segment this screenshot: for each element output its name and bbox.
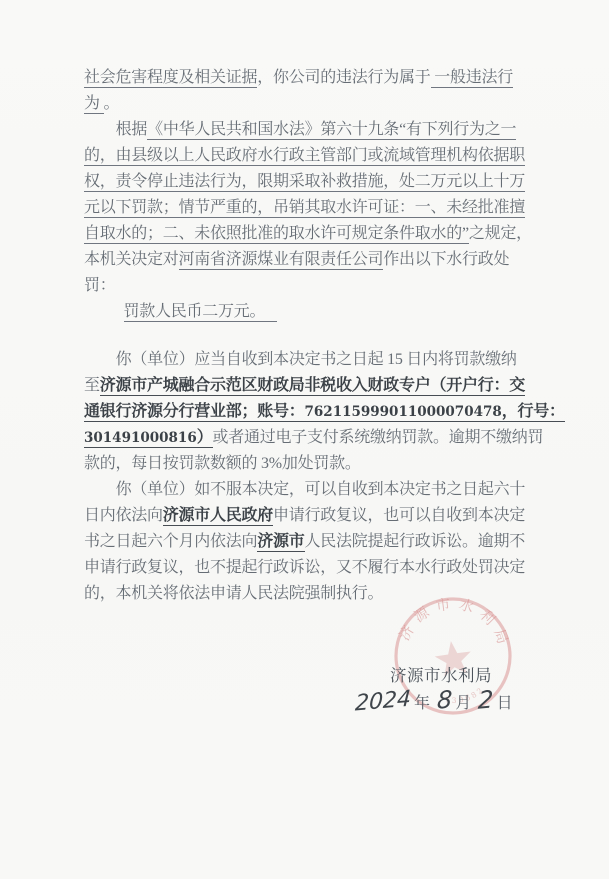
body-text: ，你公司的违法行为属于 xyxy=(257,69,430,86)
body-text: 作出以下水行政处 xyxy=(383,251,509,268)
document-line: 日内依法向济源市人民政府申请行政复议，也可以自收到本决定 xyxy=(84,503,531,529)
underlined-text: 为 xyxy=(84,95,104,114)
handwritten-day: 2 xyxy=(478,685,495,715)
document-line: 至济源市产城融合示范区财政局非税收入财政专户（开户行：交 xyxy=(84,373,531,399)
body-text: 申请行政复议，也可以自收到本决定 xyxy=(273,507,525,524)
emphasis-text: ） xyxy=(197,429,213,448)
underlined-text: 权，责令停止违法行为，限期采取补救措施，处二万元以上十万 xyxy=(84,173,525,192)
document-line: 自取水的；二、未依照批准的取水许可规定条件取水的”之规定， xyxy=(84,221,531,247)
issuing-agency: 济源市水利局 xyxy=(390,662,492,686)
document-line: 本机关决定对河南省济源煤业有限责任公司作出以下水行政处 xyxy=(84,247,531,273)
day-unit: 日 xyxy=(497,695,513,712)
scanned-page: 济源市水利局 730682 社会危害程度及相关证据，你公司的违法行为属于 一般违… xyxy=(0,0,609,879)
year-unit: 年 xyxy=(414,695,430,712)
body-text: 书之日起六个月内依法向 xyxy=(84,533,257,550)
body-text: 你（单位）如不服本决定，可以自收到本决定书之日起六十 xyxy=(116,481,526,498)
body-text: 根据 xyxy=(116,121,148,138)
document-line: 根据《中华人民共和国水法》第六十九条“有下列行为之一 xyxy=(84,117,531,143)
document-line: 通银行济源分行营业部；账号：762115999011000070478，行号： xyxy=(84,399,531,425)
document-line: 你（单位）如不服本决定，可以自收到本决定书之日起六十 xyxy=(84,477,531,503)
body-text: 罚： xyxy=(84,277,116,294)
document-line: 权，责令停止违法行为，限期采取补救措施，处二万元以上十万 xyxy=(84,169,531,195)
body-text: 日内依法向 xyxy=(84,507,163,524)
handwritten-month: 8 xyxy=(436,685,453,715)
underlined-text: 一般违法行 xyxy=(431,69,514,88)
emphasis-text: 通银行济源分行营业部；账号： xyxy=(84,403,305,422)
underlined-text: 《中华人民共和国水法》第六十九条“有下列行为之一 xyxy=(147,121,516,140)
underlined-text: 罚款人民币二万元。 xyxy=(124,303,277,322)
underlined-text: 社会危害程度及相关证据 xyxy=(84,69,257,88)
body-text: 。 xyxy=(104,95,120,112)
handwritten-year: 2024 xyxy=(354,686,411,716)
emphasis-text: 济源市产城融合示范区财政局非税收入财政专户（开户行：交 xyxy=(100,377,525,396)
document-line: 的，由县级以上人民政府水行政主管部门或流域管理机构依据职 xyxy=(84,143,531,169)
document-line: 元以下罚款；情节严重的，吊销其取水许可证：一、未经批准擅 xyxy=(84,195,531,221)
body-text: 至 xyxy=(84,377,100,394)
body-text: 本机关决定对 xyxy=(84,251,179,268)
document-line: 301491000816）或者通过电子支付系统缴纳罚款。逾期不缴纳罚 xyxy=(84,425,531,451)
emphasis-text: 301491000816 xyxy=(84,430,197,448)
emphasis-text: ，行号： xyxy=(502,403,565,422)
document-line: 为 。 xyxy=(84,91,531,117)
body-text: 你（单位）应当自收到本决定书之日起 15 日内将罚款缴纳 xyxy=(116,351,517,368)
body-text: 的，本机关将依法申请人民法院强制执行。 xyxy=(84,585,383,602)
emphasis-text: 济源市人民政府 xyxy=(163,507,273,526)
month-unit: 月 xyxy=(455,695,471,712)
body-text: 申请行政复议，也不提起行政诉讼，又不履行本水行政处罚决定 xyxy=(84,559,525,576)
document-line: 书之日起六个月内依法向济源市人民法院提起行政诉讼。逾期不 xyxy=(84,529,531,555)
underlined-text: 自取水的；二、未依照批准的取水许可规定条件取水的” xyxy=(84,225,469,244)
body-text: 或者通过电子支付系统缴纳罚款。逾期不缴纳罚 xyxy=(213,429,544,446)
emphasis-text: 762115999011000070478 xyxy=(305,404,502,422)
underlined-text: 河南省济源煤业有限责任公司 xyxy=(179,251,384,270)
decision-date: 2024年 8月 2日 xyxy=(352,686,513,714)
underlined-text: 的，由县级以上人民政府水行政主管部门或流域管理机构依据职 xyxy=(84,147,525,166)
body-text: 之规定， xyxy=(469,225,532,242)
body-text: 款的，每日按罚款数额的 3%加处罚款。 xyxy=(84,455,361,472)
emphasis-text: 济源市 xyxy=(257,533,304,552)
document-line: 罚： xyxy=(84,273,531,299)
document-line: 的，本机关将依法申请人民法院强制执行。 xyxy=(84,581,531,607)
document-line: 你（单位）应当自收到本决定书之日起 15 日内将罚款缴纳 xyxy=(84,347,531,373)
body-text: 人民法院提起行政诉讼。逾期不 xyxy=(305,533,526,550)
document-body: 社会危害程度及相关证据，你公司的违法行为属于 一般违法行为 。根据《中华人民共和… xyxy=(84,65,531,607)
document-line: 款的，每日按罚款数额的 3%加处罚款。 xyxy=(84,451,531,477)
underlined-text: 元以下罚款；情节严重的，吊销其取水许可证：一、未经批准擅 xyxy=(84,199,525,218)
document-line: 罚款人民币二万元。 xyxy=(84,299,531,325)
document-line: 社会危害程度及相关证据，你公司的违法行为属于 一般违法行 xyxy=(84,65,531,91)
document-line: 申请行政复议，也不提起行政诉讼，又不履行本水行政处罚决定 xyxy=(84,555,531,581)
paragraph-spacer xyxy=(84,325,531,347)
